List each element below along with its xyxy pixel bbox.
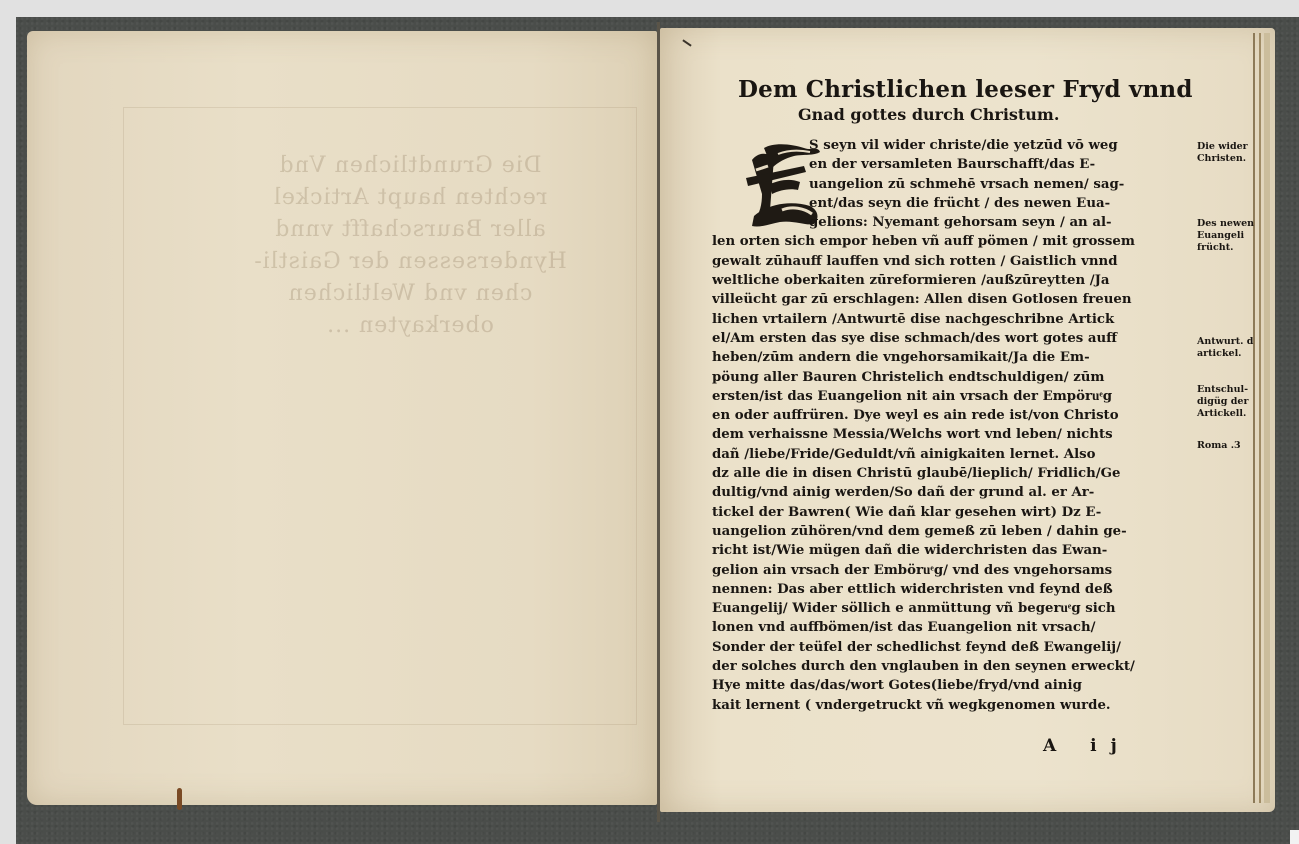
text-line: nennen: Das aber ettlich widerchristen v…: [712, 580, 1192, 599]
text-line: Sonder der teüfel der schedlichst feynd …: [712, 638, 1192, 657]
title-line-1: Dem Christlichen leeser Fryd vnnd: [738, 76, 1193, 103]
scan-corner: [1290, 830, 1299, 844]
text-line: lonen vnd auffbömen/ist das Euangelion n…: [712, 618, 1192, 637]
text-line: ent/das seyn die frücht / des newen Eua-: [712, 194, 1192, 213]
text-line: tickel der Bawren( Wie dañ klar gesehen …: [712, 503, 1192, 522]
ghost-line: Die Grundtlichen Vnd: [180, 150, 640, 182]
text-line: len orten sich empor heben vñ auff pömen…: [712, 232, 1192, 251]
marginal-note: Des newen Euangeli frücht.: [1197, 218, 1257, 254]
text-line: uangelion zū schmehē vrsach nemen/ sag-: [712, 175, 1192, 194]
title-line-2: Gnad gottes durch Christum.: [798, 105, 1193, 124]
text-line: der solches durch den vnglauben in den s…: [712, 657, 1192, 676]
text-line: pöung aller Bauren Christelich endtschul…: [712, 368, 1192, 387]
text-line: uangelion zūhören/vnd dem gemeß zū leben…: [712, 522, 1192, 541]
signature-mark: A ij: [1043, 736, 1131, 756]
page-edge: [1264, 33, 1270, 803]
text-line: villeücht gar zū erschlagen: Allen disen…: [712, 290, 1192, 309]
ghost-line: Hyndersessen der Gaistli-: [180, 246, 640, 278]
text-line: S seyn vil wider christe/die yetzūd vō w…: [712, 136, 1192, 155]
text-line: el/Am ersten das sye dise schmach/des wo…: [712, 329, 1192, 348]
marginal-note: Roma .3: [1197, 440, 1257, 452]
marginal-note: Entschul- digüg der Artickell.: [1197, 384, 1257, 420]
text-line: dultig/vnd ainig werden/So dañ der grund…: [712, 483, 1192, 502]
text-line: dz alle die in disen Christū glaubē/liep…: [712, 464, 1192, 483]
text-line: kait lernent ( vndergetruckt vñ wegkgeno…: [712, 696, 1192, 715]
text-line: Euangelij/ Wider söllich e anmüttung vñ …: [712, 599, 1192, 618]
ghost-line: rechten haupt Artickel: [180, 182, 640, 214]
text-line: lichen vrtailern /Antwurtē dise nachgesc…: [712, 310, 1192, 329]
marginal-note: Antwurt. d artickel.: [1197, 336, 1257, 360]
text-line: ersten/ist das Euangelion nit ain vrsach…: [712, 387, 1192, 406]
text-line: gelion ain vrsach der Emböruͤg/ vnd des …: [712, 561, 1192, 580]
text-line: dem verhaissne Messia/Welchs wort vnd le…: [712, 425, 1192, 444]
text-line: weltliche oberkaiten zūreformieren /außz…: [712, 271, 1192, 290]
text-line: gewalt zūhauff lauffen vnd sich rotten /…: [712, 252, 1192, 271]
ghost-line: oberkayten ...: [180, 310, 640, 342]
marginal-note: Die wider Christen.: [1197, 141, 1257, 165]
show-through-text: Die Grundtlichen Vnd rechten haupt Artic…: [180, 150, 640, 342]
page-title: Dem Christlichen leeser Fryd vnnd Gnad g…: [738, 76, 1193, 124]
text-line: gelions: Nyemant gehorsam seyn / an al-: [712, 213, 1192, 232]
text-line: en oder auffrüren. Dye weyl es ain rede …: [712, 406, 1192, 425]
text-line: en der versamleten Baurschafft/das E-: [712, 155, 1192, 174]
ghost-line: aller Baurschafft vnnd: [180, 214, 640, 246]
text-line: heben/zūm andern die vngehorsamikait/Ja …: [712, 348, 1192, 367]
text-line: Hye mitte das/das/wort Gotes(liebe/fryd/…: [712, 676, 1192, 695]
ink-stain: [177, 788, 182, 810]
text-line: richt ist/Wie mügen dañ die widerchriste…: [712, 541, 1192, 560]
ghost-line: chen vnd Weltlichen: [180, 278, 640, 310]
page-edge: [1259, 33, 1261, 803]
body-text: S seyn vil wider christe/die yetzūd vō w…: [712, 136, 1192, 715]
text-line: dañ /liebe/Fride/Geduldt/vñ ainigkaiten …: [712, 445, 1192, 464]
